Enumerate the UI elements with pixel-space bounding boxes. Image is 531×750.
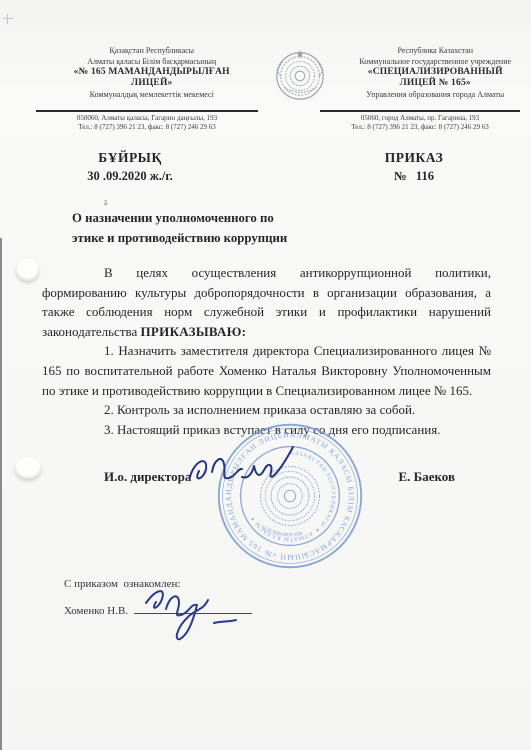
order-heading-kazakh: БҰЙРЫҚ 30 .09.2020 ж./г. (55, 150, 205, 184)
address-kk-line2: Тел.: 8 (727) 396 21 23, факс: 8 (727) 2… (36, 123, 258, 132)
order-heading-russian: ПРИКАЗ № 116 (359, 150, 469, 184)
letterhead-kk-name-line1: «№ 165 МАМАНДАНДЫРЫЛҒАН (36, 67, 267, 78)
letterhead-kk-name-line2: ЛИЦЕЙ» (36, 78, 267, 89)
subject-line1: О назначении уполномоченного по (72, 208, 372, 228)
order-subject: О назначении уполномоченного по этике и … (72, 208, 372, 248)
hole-punch-top (16, 259, 39, 281)
scan-edge (0, 238, 2, 750)
svg-text:БСН 900440007008: БСН 900440007008 (261, 525, 304, 539)
resolve-word: ПРИКАЗЫВАЮ: (141, 324, 247, 339)
letterhead-kk-line3: Коммуналдық мемлекеттік мекемесі (36, 89, 267, 100)
coat-of-arms-icon (271, 45, 329, 103)
address-row: 050060, Алматы қаласы, Гагарин даңғылы, … (0, 110, 531, 132)
order-word-ru: ПРИКАЗ (359, 150, 469, 166)
scan-artifact-mark: ā (104, 199, 107, 207)
acknowledgement-name: Хоменко Н.В. (64, 605, 128, 617)
hole-punch-bottom (15, 458, 41, 479)
letterhead-ru-name-line1: «СПЕЦИАЛИЗИРОВАННЫЙ (339, 67, 531, 78)
order-number: № 116 (359, 169, 469, 184)
letterhead-ru-line1: Республика Казахстан (339, 45, 531, 56)
order-item-1: 1. Назначить заместителя директора Специ… (42, 341, 491, 400)
letterhead-ru-line3: Управления образования города Алматы (339, 89, 531, 100)
letterhead-kazakh-column: Қазақстан Республикасы Алматы қаласы Біл… (36, 45, 267, 103)
letterhead-kk-line2: Алматы қаласы Білім басқармасының (36, 56, 267, 67)
stamp-bin-text: БСН 900440007008 (261, 525, 304, 539)
subject-line2: этике и противодействию коррупции (72, 228, 372, 248)
document-page: Қазақстан Республикасы Алматы қаласы Біл… (0, 0, 531, 750)
director-signature (185, 441, 303, 496)
acknowledger-signature (132, 583, 252, 645)
letterhead-ru-name-line2: ЛИЦЕЙ № 165» (339, 78, 531, 89)
address-ru-line2: Тел.: 8 (727) 396 21 23, факс: 8 (727) 2… (320, 123, 520, 132)
order-item-2: 2. Контроль за исполнением приказа остав… (42, 400, 491, 420)
letterhead-russian-column: Республика Казахстан Коммунальное госуда… (339, 45, 531, 103)
order-body: В целях осуществления антикоррупционной … (42, 263, 491, 439)
order-heading: БҰЙРЫҚ 30 .09.2020 ж./г. ПРИКАЗ № 116 (0, 150, 531, 184)
order-word-kk: БҰЙРЫҚ (55, 150, 205, 166)
scan-registration-mark (3, 14, 13, 24)
letterhead-kk-line1: Қазақстан Республикасы (36, 45, 267, 56)
letterhead: Қазақстан Республикасы Алматы қаласы Біл… (0, 0, 531, 103)
signer-name: Е. Баеков (398, 469, 455, 485)
intro-paragraph: В целях осуществления антикоррупционной … (42, 263, 491, 341)
intro-text: В целях осуществления антикоррупционной … (42, 265, 491, 339)
address-kazakh: 050060, Алматы қаласы, Гагарин даңғылы, … (36, 110, 258, 132)
address-russian: 05060, город Алматы, пр. Гагарина, 193 Т… (320, 110, 520, 132)
address-ru-line1: 05060, город Алматы, пр. Гагарина, 193 (320, 114, 520, 123)
order-date: 30 .09.2020 ж./г. (55, 169, 205, 184)
signer-role: И.о. директора (104, 469, 191, 485)
letterhead-ru-line2: Коммунальное государственное учреждение (339, 56, 531, 67)
address-kk-line1: 050060, Алматы қаласы, Гагарин даңғылы, … (36, 114, 258, 123)
